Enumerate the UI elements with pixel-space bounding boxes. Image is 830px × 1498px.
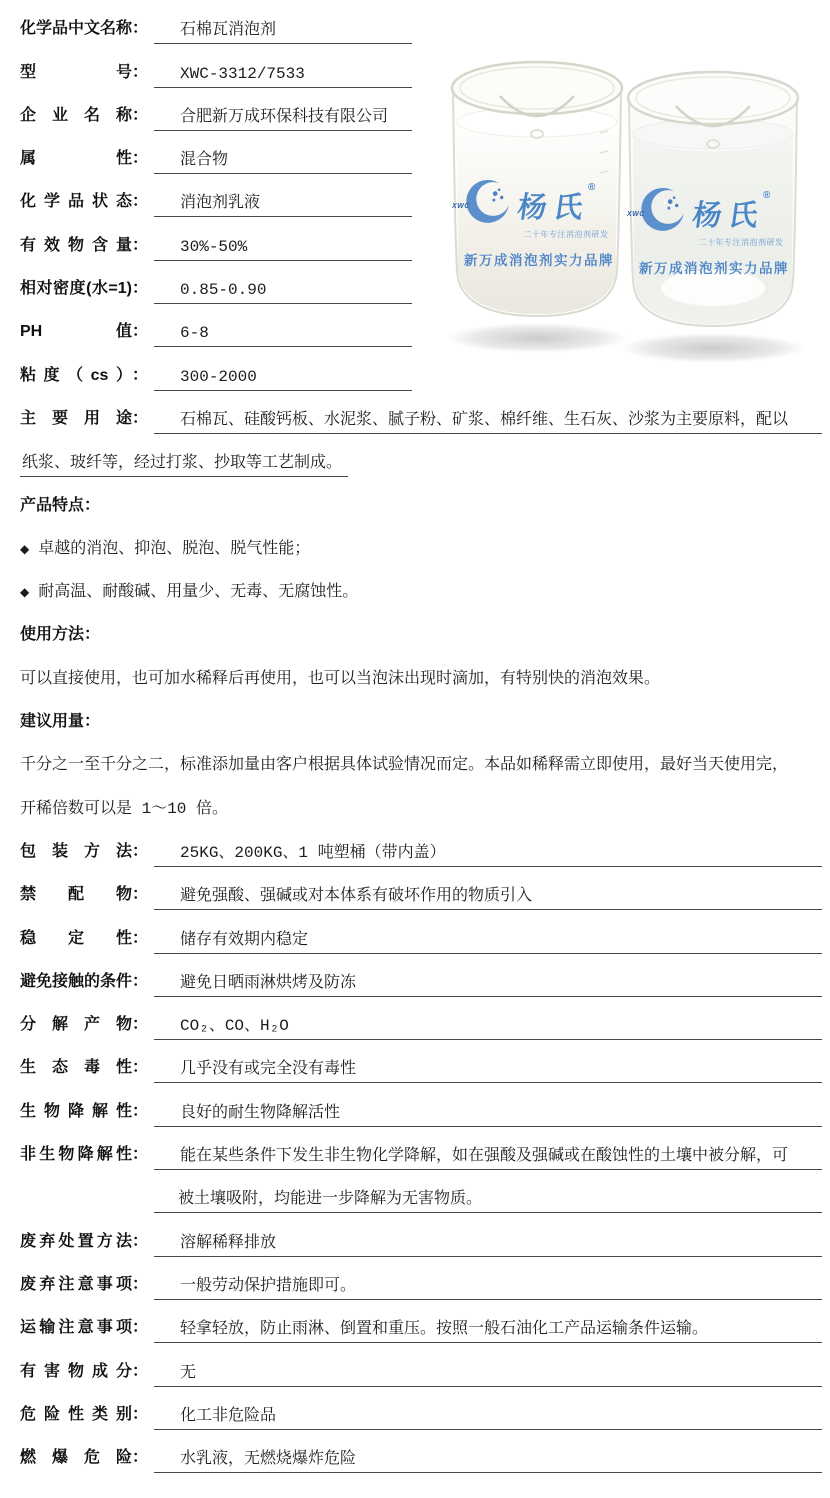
field-row-model-number: 型号： XWC-3312/7533 — [20, 44, 412, 87]
brand-tagline: 二十年专注消泡剂研发 — [685, 237, 797, 248]
field-row-chemical-state: 化学品状态： 消泡剂乳液 — [20, 174, 412, 217]
beaker-label: XWC 杨氏 ® 二十年专注消泡剂研发 新万成消泡剂实力品牌 — [629, 186, 801, 277]
field-colon: ： — [132, 405, 148, 434]
field-colon: ： — [132, 1314, 148, 1343]
non-biodegradability-continuation: 被土壤吸附，均能进一步降解为无害物质。 — [20, 1170, 822, 1213]
bullet-diamond-icon: ◆ — [20, 542, 29, 564]
field-colon: ： — [132, 188, 148, 217]
field-colon: ： — [132, 1358, 148, 1387]
bullet-diamond-icon: ◆ — [20, 585, 29, 607]
crescent-moon-icon: XWC — [629, 186, 693, 240]
main-use-continuation: 纸浆、玻纤等，经过打浆、抄取等工艺制成。 — [20, 434, 822, 477]
field-row-transport-precautions: 运输注意事项： 轻拿轻放，防止雨淋、倒置和重压。按照一般石油化工产品运输条件运输… — [20, 1300, 822, 1343]
field-row-ph-value: PH值： 6-8 — [20, 304, 412, 347]
field-label: 生态毒性 — [20, 1054, 132, 1083]
field-colon: ： — [132, 881, 148, 910]
field-row-eco-toxicity: 生态毒性： 几乎没有或完全没有毒性 — [20, 1040, 822, 1083]
field-colon: ： — [132, 362, 148, 391]
field-colon: ： — [132, 1271, 148, 1300]
field-value: XWC-3312/7533 — [154, 65, 412, 88]
field-colon: ： — [132, 275, 148, 304]
field-colon: ： — [132, 15, 148, 44]
field-label: 分解产物 — [20, 1011, 132, 1040]
field-row-decomposition-products: 分解产物： CO₂、CO、H₂O — [20, 997, 822, 1040]
field-row-incompatibles: 禁配物： 避免强酸、强碱或对本体系有破坏作用的物质引入 — [20, 867, 822, 910]
field-value: 几乎没有或完全没有毒性 — [154, 1055, 822, 1083]
field-label: 型号 — [20, 59, 132, 88]
field-colon: ： — [132, 838, 148, 867]
field-label: 属性 — [20, 145, 132, 174]
field-value: 化工非危险品 — [154, 1402, 822, 1430]
field-value: 25KG、200KG、1 吨塑桶（带内盖） — [154, 839, 822, 867]
field-row-active-content: 有效物含量： 30%-50% — [20, 217, 412, 260]
field-row-biodegradability: 生物降解性： 良好的耐生物降解活性 — [20, 1083, 822, 1126]
field-colon: ： — [132, 968, 148, 997]
field-colon: ： — [132, 1141, 148, 1170]
product-photo: XWC 杨氏 ® 二十年专注消泡剂研发 新万成消泡剂实力品牌 XWC 杨氏 — [440, 38, 830, 383]
field-value-continued: 被土壤吸附，均能进一步降解为无害物质。 — [154, 1185, 822, 1213]
dosage-heading: 建议用量： — [20, 694, 822, 737]
field-label: 包装方法 — [20, 838, 132, 867]
field-value: 一般劳动保护措施即可。 — [154, 1272, 822, 1300]
features-heading: 产品特点： — [20, 477, 822, 520]
field-colon: ： — [132, 1054, 148, 1083]
field-value-continued: 纸浆、玻纤等，经过打浆、抄取等工艺制成。 — [20, 449, 348, 477]
field-row-property: 属性： 混合物 — [20, 131, 412, 174]
usage-paragraph: 可以直接使用，也可加水稀释后再使用，也可以当泡沫出现时滴加，有特别快的消泡效果。 — [20, 650, 822, 693]
field-label: 有害物成分 — [20, 1358, 132, 1387]
dosage-paragraph-line2: 开稀倍数可以是 1～10 倍。 — [20, 780, 822, 823]
xwc-logo-text: XWC — [452, 203, 470, 210]
field-colon: ： — [132, 1228, 148, 1257]
field-label: 主要用途 — [20, 405, 132, 434]
field-colon: ： — [132, 925, 148, 954]
field-value: 溶解稀释排放 — [154, 1229, 822, 1257]
field-colon: ： — [132, 1011, 148, 1040]
field-row-stability: 稳定性： 储存有效期内稳定 — [20, 910, 822, 953]
field-label: 燃爆危险 — [20, 1444, 132, 1473]
field-value: 6-8 — [154, 324, 412, 347]
field-label: 废弃处置方法 — [20, 1228, 132, 1257]
field-label: PH值 — [20, 318, 132, 347]
field-row-waste-precautions: 废弃注意事项： 一般劳动保护措施即可。 — [20, 1257, 822, 1300]
field-row-waste-disposal: 废弃处置方法： 溶解稀释排放 — [20, 1213, 822, 1256]
field-label: 生物降解性 — [20, 1098, 132, 1127]
field-row-non-biodegradability: 非生物降解性： 能在某些条件下发生非生物化学降解，如在强酸及强碱或在酸蚀性的土壤… — [20, 1127, 822, 1170]
feature-item: ◆ 耐高温、耐酸碱、用量少、无毒、无腐蚀性。 — [20, 564, 822, 607]
field-value: 良好的耐生物降解活性 — [154, 1099, 822, 1127]
field-value: CO₂、CO、H₂O — [154, 1012, 822, 1040]
field-value: 水乳液，无燃烧爆炸危险 — [154, 1445, 822, 1473]
field-row-conditions-to-avoid: 避免接触的条件： 避免日晒雨淋烘烤及防冻 — [20, 954, 822, 997]
feature-text: 耐高温、耐酸碱、用量少、无毒、无腐蚀性。 — [38, 578, 358, 607]
field-colon: ： — [132, 318, 148, 347]
xwc-logo-text: XWC — [627, 211, 645, 218]
field-colon: ： — [132, 145, 148, 174]
field-label: 废弃注意事项 — [20, 1271, 132, 1300]
brand-tagline: 二十年专注消泡剂研发 — [510, 229, 622, 240]
field-value: 避免强酸、强碱或对本体系有破坏作用的物质引入 — [154, 882, 822, 910]
field-value: 消泡剂乳液 — [154, 189, 412, 217]
field-row-chemical-name: 化学品中文名称： 石棉瓦消泡剂 — [20, 1, 412, 44]
dosage-paragraph-line1: 千分之一至千分之二，标准添加量由客户根据具体试验情况而定。本品如稀释需立即使用，… — [20, 737, 822, 780]
field-colon: ： — [132, 59, 148, 88]
field-value: 石棉瓦、硅酸钙板、水泥浆、腻子粉、矿浆、棉纤维、生石灰、沙浆为主要原料，配以 — [154, 406, 822, 434]
field-value: 30%-50% — [154, 238, 412, 261]
field-value: 混合物 — [154, 146, 412, 174]
field-value: 石棉瓦消泡剂 — [154, 16, 412, 44]
field-value: 无 — [154, 1359, 822, 1387]
brand-name-yangshi: 杨氏 — [690, 193, 768, 234]
field-row-hazard-category: 危险性类别： 化工非危险品 — [20, 1387, 822, 1430]
field-row-company-name: 企业名称： 合肥新万成环保科技有限公司 — [20, 88, 412, 131]
field-label: 避免接触的条件 — [20, 968, 132, 997]
usage-heading: 使用方法： — [20, 607, 822, 650]
field-row-packing-method: 包装方法： 25KG、200KG、1 吨塑桶（带内盖） — [20, 824, 822, 867]
feature-text: 卓越的消泡、抑泡、脱泡、脱气性能； — [38, 535, 310, 564]
field-colon: ： — [132, 232, 148, 261]
field-colon: ： — [132, 1098, 148, 1127]
field-label: 化学品状态 — [20, 188, 132, 217]
field-value: 储存有效期内稳定 — [154, 926, 822, 954]
top-fields: 化学品中文名称： 石棉瓦消泡剂 型号： XWC-3312/7533 企业名称： … — [20, 1, 412, 391]
field-value: 轻拿轻放，防止雨淋、倒置和重压。按照一般石油化工产品运输条件运输。 — [154, 1315, 822, 1343]
field-value: 合肥新万成环保科技有限公司 — [154, 103, 412, 131]
field-row-viscosity: 粘度（cs）： 300-2000 — [20, 347, 412, 390]
field-label: 禁配物 — [20, 881, 132, 910]
field-colon: ： — [132, 102, 148, 131]
field-label: 运输注意事项 — [20, 1314, 132, 1343]
field-row-explosion-hazard: 燃爆危险： 水乳液，无燃烧爆炸危险 — [20, 1430, 822, 1473]
field-row-relative-density: 相对密度(水=1)： 0.85-0.90 — [20, 261, 412, 304]
feature-item: ◆ 卓越的消泡、抑泡、脱泡、脱气性能； — [20, 521, 822, 564]
field-label: 非生物降解性 — [20, 1141, 132, 1170]
brand-name-yangshi: 杨氏 — [515, 185, 593, 226]
brand-slogan: 新万成消泡剂实力品牌 — [629, 257, 799, 277]
field-value: 0.85-0.90 — [154, 281, 412, 304]
field-label: 化学品中文名称 — [20, 15, 132, 44]
field-value: 能在某些条件下发生非生物化学降解，如在强酸及强碱或在酸蚀性的土壤中被分解，可 — [154, 1142, 822, 1170]
field-label: 相对密度(水=1) — [20, 275, 132, 304]
brand-slogan: 新万成消泡剂实力品牌 — [454, 249, 624, 269]
field-row-harmful-components: 有害物成分： 无 — [20, 1343, 822, 1386]
field-label: 危险性类别 — [20, 1401, 132, 1430]
field-row-main-use: 主要用途： 石棉瓦、硅酸钙板、水泥浆、腻子粉、矿浆、棉纤维、生石灰、沙浆为主要原… — [20, 391, 822, 434]
crescent-moon-icon: XWC — [454, 178, 518, 232]
field-label: 企业名称 — [20, 102, 132, 131]
field-colon: ： — [132, 1401, 148, 1430]
field-label: 粘度（cs） — [20, 362, 132, 391]
field-label: 稳定性 — [20, 925, 132, 954]
beaker-label: XWC 杨氏 ® 二十年专注消泡剂研发 新万成消泡剂实力品牌 — [454, 178, 626, 269]
field-label: 有效物含量 — [20, 232, 132, 261]
field-value: 避免日晒雨淋烘烤及防冻 — [154, 969, 822, 997]
field-colon: ： — [132, 1444, 148, 1473]
field-value: 300-2000 — [154, 368, 412, 391]
